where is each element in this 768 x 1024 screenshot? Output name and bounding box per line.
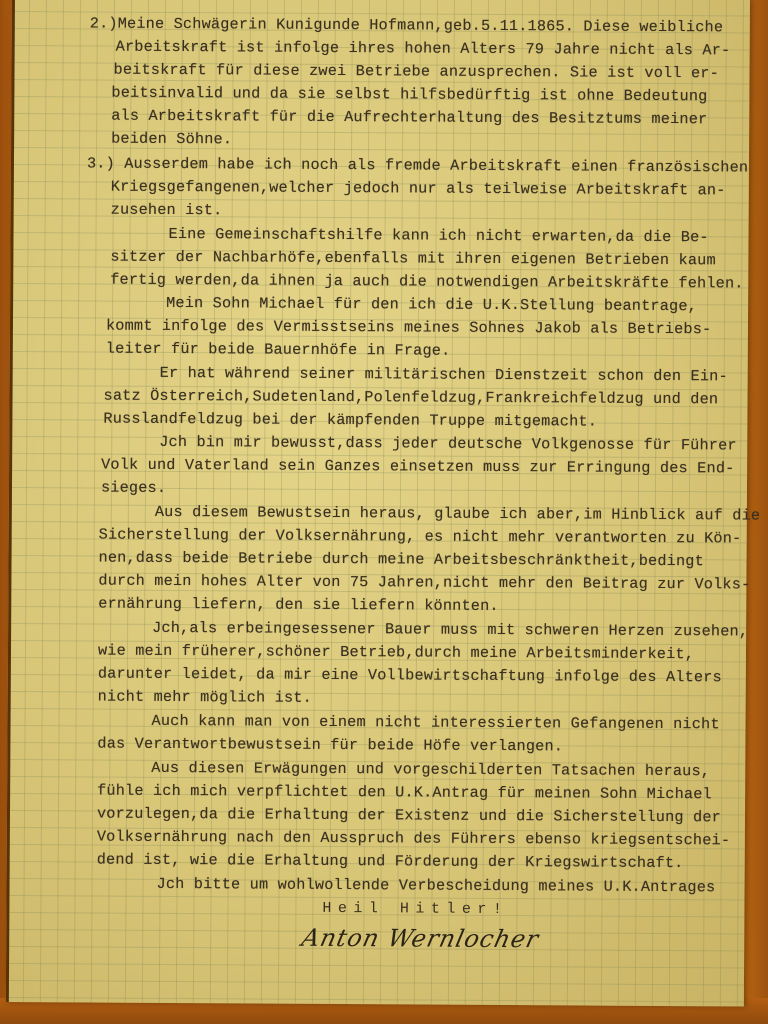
text-line: als Arbeitskraft für die Aufrechterhaltu… (111, 107, 707, 129)
text-line: beitsinvalid und da sie selbst hilfsbedü… (111, 84, 707, 106)
text-line: zusehen ist. (111, 201, 223, 220)
text-line: leiter für beide Bauernhöfe in Frage. (106, 340, 451, 360)
text-line: wie mein früherer,schöner Betrieb,durch … (98, 642, 694, 664)
text-line: vorzulegen,da die Erhaltung der Existenz… (97, 805, 721, 827)
text-line: Jch,als erbeingesessener Bauer muss mit … (152, 619, 748, 641)
text-line: nen,dass beide Betriebe durch meine Arbe… (99, 549, 705, 571)
text-line: 2.)Meine Schwägerin Kunigunde Hofmann,ge… (90, 14, 723, 36)
handwritten-signature: Anton Wernlocher (299, 924, 542, 953)
closing-salutation: Heil Hitler! (322, 900, 508, 918)
text-line: Russlandfeldzug bei der kämpfenden Trupp… (103, 410, 597, 431)
text-line: Auch kann man von einem nicht interessie… (152, 712, 720, 733)
text-line: Sicherstellung der Volksernährung, es ni… (99, 526, 742, 548)
text-line: Volk und Vaterland sein Ganzes einsetzen… (101, 456, 734, 478)
text-line: durch mein hohes Alter von 75 Jahren,nic… (98, 572, 750, 594)
text-line: satz Österreich,Sudetenland,Polenfeldzug… (103, 387, 718, 409)
text-line: Arbeitskraft ist infolge ihres hohen Alt… (116, 38, 731, 60)
text-line: Kriegsgefangenen,welcher jedoch nur als … (111, 178, 726, 200)
text-line: Er hat während seiner militärischen Dien… (160, 364, 728, 385)
text-line: sieges. (101, 479, 166, 497)
text-line: 3.) Ausserdem habe ich noch als fremde A… (87, 154, 748, 176)
text-line: fühle ich mich verpflichtet den U.K.Antr… (97, 782, 712, 804)
grid-paper-sheet: 2.)Meine Schwägerin Kunigunde Hofmann,ge… (6, 0, 750, 1006)
text-line: beitskraft für diese zwei Betriebe anzus… (113, 61, 719, 83)
text-line: Jch bitte um wohlwollende Verbescheidung… (157, 875, 716, 896)
text-line: sitzer der Nachbarhöfe,ebenfalls mit ihr… (110, 248, 716, 270)
text-line: Mein Sohn Michael für den ich die U.K.St… (166, 294, 697, 315)
text-line: Aus diesem Bewustsein heraus, glaube ich… (155, 503, 761, 525)
text-line: das Verantwortbewustsein für beide Höfe … (97, 735, 563, 756)
text-line: beiden Söhne. (111, 130, 232, 149)
text-line: dend ist, wie die Erhaltung und Förderun… (97, 851, 684, 873)
text-line: Aus diesen Erwägungen und vorgeschildert… (151, 759, 710, 780)
text-line: kommt infolge des Vermisstseins meines S… (106, 317, 712, 339)
text-line: nicht mehr möglich ist. (98, 688, 312, 707)
text-line: darunter leidet, da mir eine Vollbewirts… (98, 665, 722, 687)
text-line: Volksernährung nach den Ausspruch des Fü… (97, 828, 730, 850)
text-line: fertig werden,da ihnen ja auch die notwe… (110, 271, 743, 293)
text-line: Jch bin mir bewusst,dass jeder deutsche … (159, 433, 737, 455)
typewritten-text: 2.)Meine Schwägerin Kunigunde Hofmann,ge… (6, 0, 750, 1006)
text-line: ernährung liefern, den sie liefern könnt… (98, 595, 499, 615)
text-line: Eine Gemeinschaftshilfe kann ich nicht e… (168, 225, 708, 246)
